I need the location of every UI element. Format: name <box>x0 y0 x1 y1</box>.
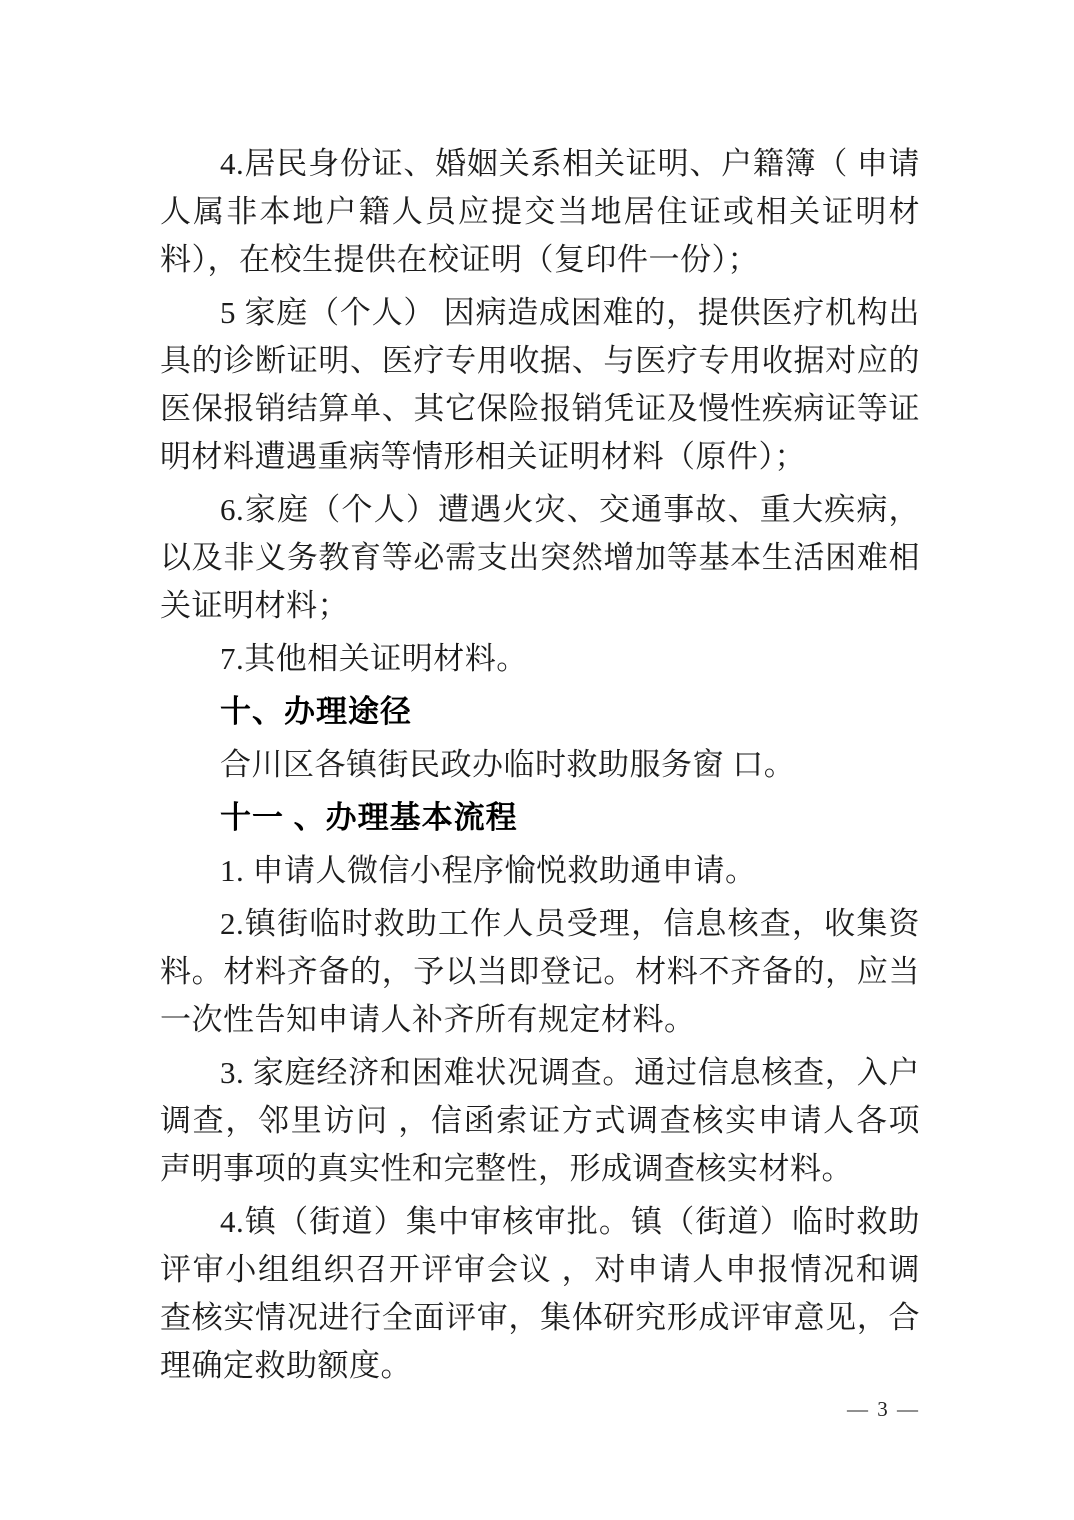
paragraph-item-4-id-documents: 4.居民身份证、婚姻关系相关证明、户籍簿（ 申请人属非本地户籍人员应提交当地居住… <box>160 140 920 284</box>
document-body: 4.居民身份证、婚姻关系相关证明、户籍簿（ 申请人属非本地户籍人员应提交当地居住… <box>160 140 920 1395</box>
paragraph-item-6-disaster-documents: 6.家庭（个人）遭遇火灾、交通事故、重大疾病， 以及非义务教育等必需支出突然增加… <box>160 486 920 630</box>
paragraph-process-step-4: 4.镇（街道）集中审核审批。镇（街道）临时救助评审小组组织召开评审会议 ，对申请… <box>160 1198 920 1390</box>
paragraph-handling-channel-detail: 合川区各镇街民政办临时救助服务窗 口。 <box>160 741 920 789</box>
section-heading-10-handling-channel: 十、办理途径 <box>160 688 920 736</box>
section-heading-11-basic-process: 十一 、办理基本流程 <box>160 794 920 842</box>
document-page: 4.居民身份证、婚姻关系相关证明、户籍簿（ 申请人属非本地户籍人员应提交当地居住… <box>0 0 1074 1520</box>
paragraph-process-step-3: 3. 家庭经济和困难状况调查。通过信息核查，入户调查，邻里访问 ，信函索证方式调… <box>160 1049 920 1193</box>
paragraph-item-7-other-documents: 7.其他相关证明材料。 <box>160 635 920 683</box>
paragraph-item-5-medical-documents: 5 家庭（个人） 因病造成困难的，提供医疗机构出具的诊断证明、医疗专用收据、与医… <box>160 289 920 481</box>
paragraph-process-step-2: 2.镇街临时救助工作人员受理，信息核查，收集资料。材料齐备的，予以当即登记。材料… <box>160 900 920 1044</box>
page-number: — 3 — <box>160 1396 920 1422</box>
paragraph-process-step-1: 1. 申请人微信小程序愉悦救助通申请。 <box>160 847 920 895</box>
